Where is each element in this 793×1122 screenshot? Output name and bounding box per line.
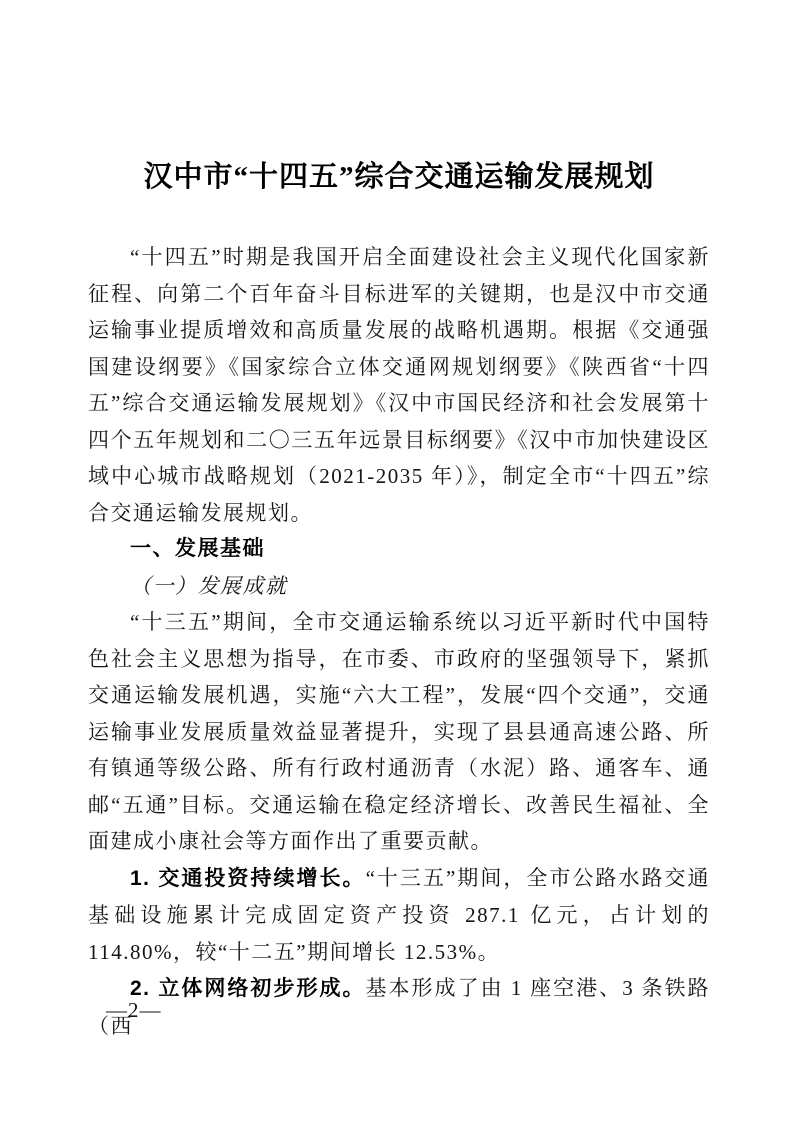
page-number: —2— [106, 997, 162, 1023]
item2-runin-heading: 2. 立体网络初步形成。 [130, 977, 366, 1000]
item2-paragraph: 2. 立体网络初步形成。基本形成了由 1 座空港、3 条铁路（西 [88, 970, 710, 1044]
section-heading-development-foundation: 一、发展基础 [88, 531, 710, 568]
item1-paragraph: 1. 交通投资持续增长。“十三五”期间，全市公路水路交通基础设施累计完成固定资产… [88, 860, 710, 971]
document-title: 汉中市“十四五”综合交通运输发展规划 [88, 157, 710, 197]
item1-runin-heading: 1. 交通投资持续增长。 [130, 867, 366, 890]
document-page: 汉中市“十四五”综合交通运输发展规划 “十四五”时期是我国开启全面建设社会主义现… [0, 0, 793, 1122]
intro-paragraph: “十四五”时期是我国开启全面建设社会主义现代化国家新征程、向第二个百年奋斗目标进… [88, 239, 710, 531]
subsection-heading-development-achievements: （一）发展成就 [88, 568, 710, 605]
achievements-paragraph: “十三五”期间，全市交通运输系统以习近平新时代中国特色社会主义思想为指导，在市委… [88, 604, 710, 860]
